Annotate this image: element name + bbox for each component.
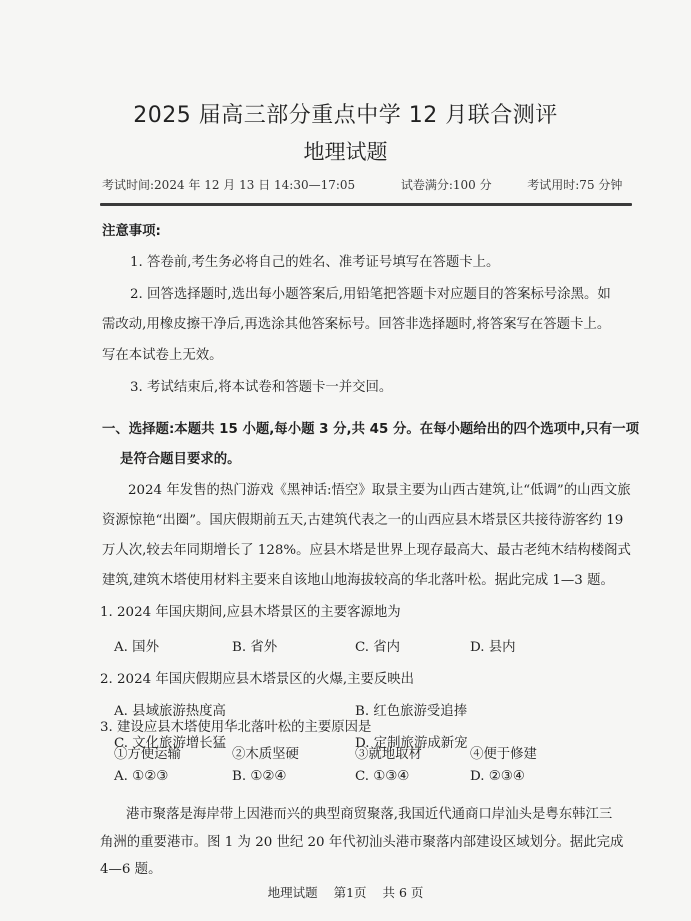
q3-option-b: B. ①②④: [232, 769, 286, 784]
full-score: 试卷满分:100 分: [401, 176, 492, 193]
exam-meta: 考试时间:2024 年 12 月 13 日 14:30—17:05 试卷满分:1…: [102, 176, 622, 193]
q3-option-c: C. ①③④: [355, 769, 409, 784]
notice-item: 写在本试卷上无效。: [102, 344, 223, 363]
question-3-stem: 3. 建设应县木塔使用华北落叶松的主要原因是: [100, 716, 371, 735]
footer-total: 共 6 页: [383, 885, 424, 900]
notice-item: 3. 考试结束后,将本试卷和答题卡一并交回。: [130, 376, 392, 395]
notice-item: 需改动,用橡皮擦干净后,再选涂其他答案标号。回答非选择题时,将答案写在答题卡上。: [102, 313, 610, 332]
passage-line: 建筑,建筑木塔使用材料主要来自该地山地海拔较高的华北落叶松。据此完成 1—3 题…: [102, 569, 614, 588]
exam-time: 考试时间:2024 年 12 月 13 日 14:30—17:05: [102, 176, 355, 193]
notice-heading: 注意事项:: [102, 220, 161, 239]
question-2-stem: 2. 2024 年国庆假期应县木塔景区的火爆,主要反映出: [100, 668, 414, 687]
q2-option-b: B. 红色旅游受追捧: [355, 700, 467, 719]
passage-line: 资源惊艳“出圈”。国庆假期前五天,古建筑代表之一的山西应县木塔景区共接待游客约 …: [102, 509, 623, 528]
q3-statement-3: ③就地取材: [355, 743, 422, 762]
exam-subtitle: 地理试题: [0, 136, 691, 166]
exam-title: 2025 届高三部分重点中学 12 月联合测评: [0, 98, 691, 129]
notice-item: 1. 答卷前,考生务必将自己的姓名、准考证号填写在答题卡上。: [130, 251, 499, 270]
section-heading: 一、选择题:本题共 15 小题,每小题 3 分,共 45 分。在每小题给出的四个…: [102, 418, 639, 437]
passage-line: 港市聚落是海岸带上因港而兴的典型商贸聚落,我国近代通商口岸汕头是粤东韩江三: [126, 803, 612, 822]
q3-option-d: D. ②③④: [470, 769, 525, 784]
header-divider: [100, 203, 632, 206]
exam-page: 2025 届高三部分重点中学 12 月联合测评 地理试题 考试时间:2024 年…: [0, 0, 691, 921]
q3-statement-1: ①方便运输: [114, 743, 181, 762]
page-footer: 地理试题 第1页 共 6 页: [0, 883, 691, 901]
q1-option-d: D. 县内: [470, 636, 516, 655]
footer-page: 第1页: [334, 885, 367, 900]
passage-line: 万人次,较去年同期增长了 128%。应县木塔是世界上现存最高大、最古老纯木结构楼…: [102, 539, 631, 558]
q3-option-a: A. ①②③: [114, 769, 168, 784]
section-heading-cont: 是符合题目要求的。: [120, 448, 241, 467]
passage-line: 角洲的重要港市。图 1 为 20 世纪 20 年代初汕头港市聚落内部建设区域划分…: [100, 831, 623, 850]
q3-statement-2: ②木质坚硬: [232, 743, 299, 762]
footer-subject: 地理试题: [268, 885, 318, 900]
q1-option-c: C. 省内: [355, 636, 400, 655]
passage-line: 2024 年发售的热门游戏《黑神话:悟空》取景主要为山西古建筑,让“低调”的山西…: [128, 479, 631, 498]
passage-line: 4—6 题。: [100, 858, 161, 877]
q3-statement-4: ④便于修建: [470, 743, 537, 762]
q1-option-a: A. 国外: [114, 636, 159, 655]
question-1-stem: 1. 2024 年国庆期间,应县木塔景区的主要客源地为: [100, 601, 401, 620]
duration: 考试用时:75 分钟: [527, 176, 622, 193]
q1-option-b: B. 省外: [232, 636, 277, 655]
notice-item: 2. 回答选择题时,选出每小题答案后,用铅笔把答题卡对应题目的答案标号涂黑。如: [130, 283, 611, 302]
